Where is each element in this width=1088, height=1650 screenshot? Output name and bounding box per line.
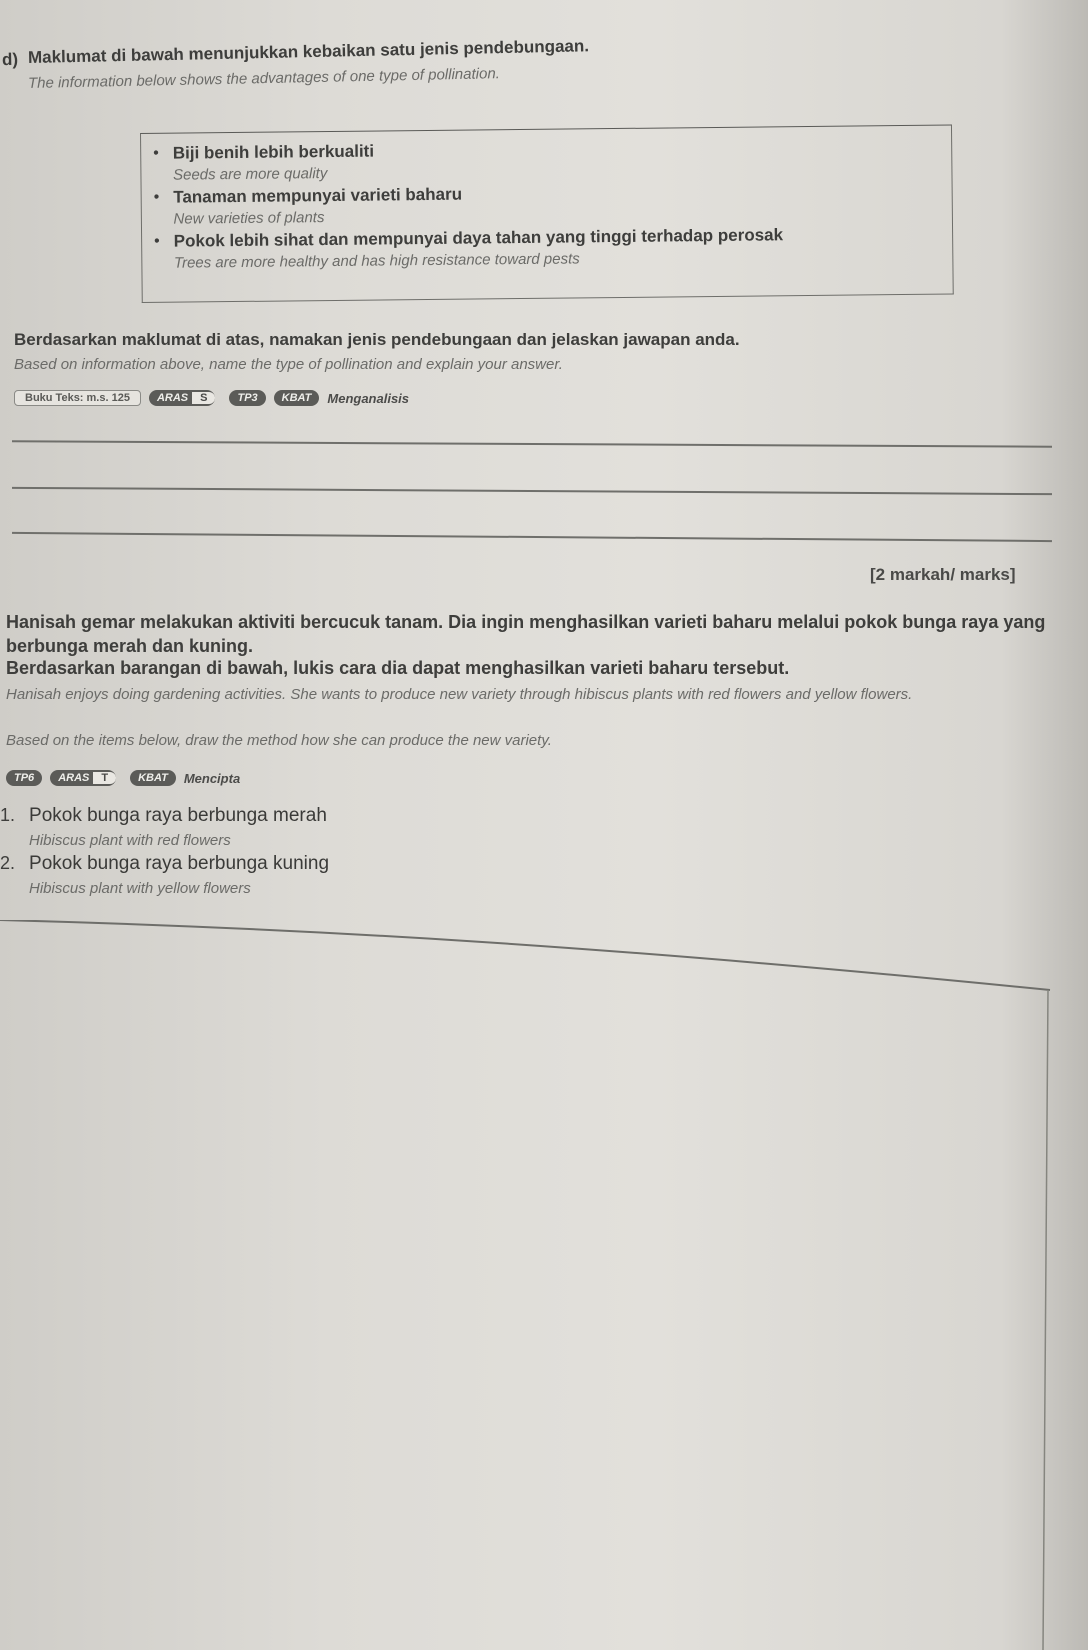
aras-badge: ARAST: [50, 770, 116, 786]
marks-label: [2 markah/ marks]: [870, 565, 1016, 585]
aras-label: ARAS: [58, 772, 89, 784]
question-title-ms: Maklumat di bawah menunjukkan kebaikan s…: [28, 36, 589, 68]
instruction-en: Based on information above, name the typ…: [14, 356, 563, 373]
info-item-ms: Pokok lebih sihat dan mempunyai daya tah…: [174, 225, 783, 251]
info-item-ms: Tanaman mempunyai varieti baharu: [173, 185, 462, 208]
question-instruction-en: Based on the items below, draw the metho…: [6, 732, 552, 749]
item-en: Hibiscus plant with red flowers: [29, 832, 327, 849]
item-ms: Pokok bunga raya berbunga merah: [29, 805, 327, 827]
aras-label: ARAS: [157, 392, 188, 404]
instruction-ms: Berdasarkan maklumat di atas, namakan je…: [14, 330, 740, 350]
answer-line[interactable]: [12, 440, 1052, 447]
item-en: Hibiscus plant with yellow flowers: [29, 880, 329, 897]
bullet-icon: •: [154, 188, 160, 208]
kbat-badge: KBAT: [274, 390, 320, 406]
item-number: 1.: [0, 805, 15, 849]
tp-badge: TP3: [229, 390, 265, 406]
skill-label: Mencipta: [184, 771, 240, 786]
aras-value: S: [192, 392, 215, 404]
badge-row: TP6 ARAST KBAT Mencipta: [6, 770, 240, 786]
list-item: 2. Pokok bunga raya berbunga kuning Hibi…: [0, 853, 329, 897]
kbat-badge: KBAT: [130, 770, 176, 786]
answer-line[interactable]: [12, 532, 1052, 542]
info-item: • Pokok lebih sihat dan mempunyai daya t…: [154, 224, 952, 272]
question-number: d): [2, 50, 18, 70]
aras-badge: ARASS: [149, 390, 216, 406]
aras-value: T: [93, 772, 116, 784]
badge-row: Buku Teks: m.s. 125 ARASS TP3 KBAT Menga…: [14, 390, 409, 406]
info-item-en: Trees are more healthy and has high resi…: [174, 248, 783, 271]
question-intro-ms: Hanisah gemar melakukan aktiviti bercucu…: [6, 610, 1076, 658]
info-item: • Tanaman mempunyai varieti baharu New v…: [154, 180, 952, 228]
question-intro-en: Hanisah enjoys doing gardening activitie…: [6, 684, 1076, 706]
items-list: 1. Pokok bunga raya berbunga merah Hibis…: [0, 805, 329, 897]
info-item-ms: Biji benih lebih berkualiti: [173, 142, 374, 164]
item-ms: Pokok bunga raya berbunga kuning: [29, 853, 329, 875]
question-title-en: The information below shows the advantag…: [28, 65, 500, 92]
bullet-icon: •: [154, 232, 160, 252]
info-item: • Biji benih lebih berkualiti Seeds are …: [153, 136, 951, 184]
item-number: 2.: [0, 853, 15, 897]
tp-badge: TP6: [6, 770, 42, 786]
textbook-reference: Buku Teks: m.s. 125: [14, 390, 141, 406]
bullet-icon: •: [153, 144, 159, 164]
info-item-en: New varieties of plants: [173, 208, 462, 228]
skill-label: Menganalisis: [327, 391, 409, 406]
list-item: 1. Pokok bunga raya berbunga merah Hibis…: [0, 805, 329, 849]
answer-line[interactable]: [12, 487, 1052, 495]
drawing-area[interactable]: [0, 990, 1040, 1650]
info-item-en: Seeds are more quality: [173, 165, 374, 184]
info-box: • Biji benih lebih berkualiti Seeds are …: [140, 124, 954, 302]
question-instruction-ms: Berdasarkan barangan di bawah, lukis car…: [6, 658, 789, 679]
